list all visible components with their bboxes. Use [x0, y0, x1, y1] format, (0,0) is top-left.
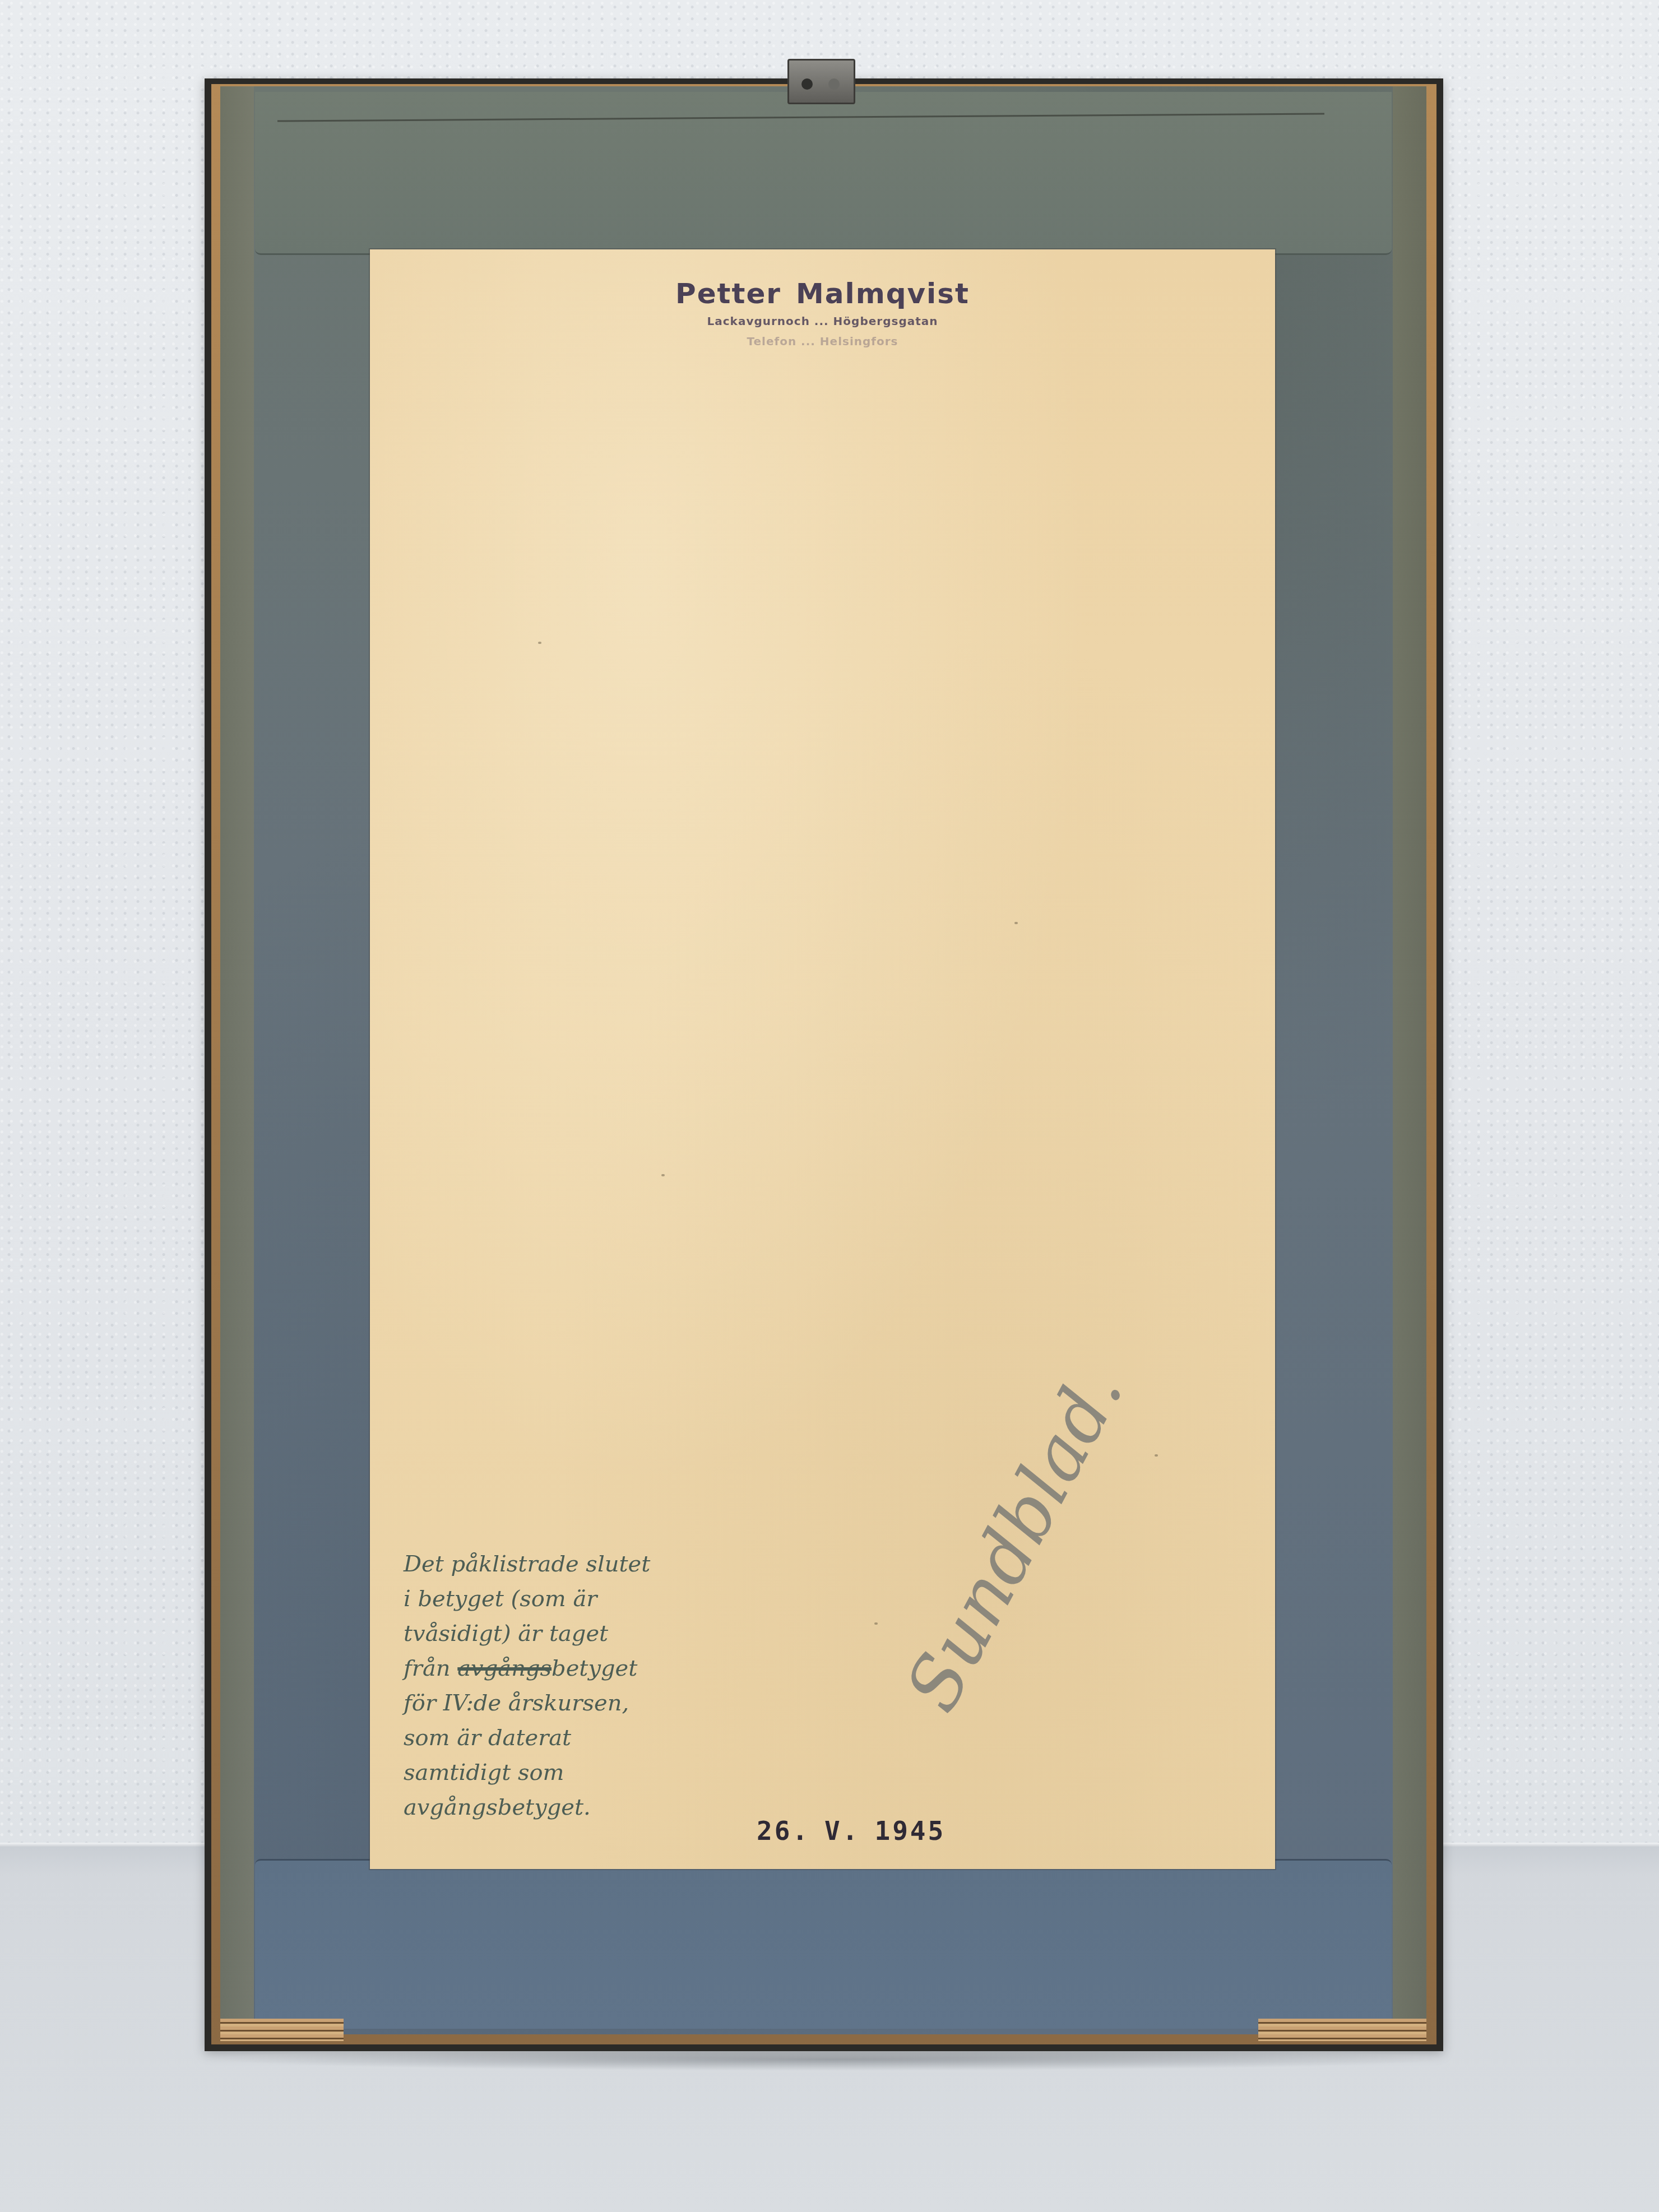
stamp-first-name: Petter — [675, 277, 781, 310]
stamp-city-line: Telefon ... Helsingfors — [370, 335, 1275, 348]
note-word: betyget — [552, 1655, 637, 1681]
stamp-last-name: Malmqvist — [796, 277, 970, 310]
date-stamp: 26.V.1945 — [757, 1816, 946, 1846]
stamp-name: PetterMalmqvist — [370, 277, 1275, 310]
document-back: PetterMalmqvist Lackavgurnoch ... Högber… — [370, 249, 1275, 1869]
rivet-icon — [828, 78, 840, 90]
note-line: Det påklistrade slutet — [404, 1547, 740, 1582]
exposed-wood-corner-bottom-left — [220, 2019, 344, 2041]
date-month: V. — [824, 1816, 860, 1846]
note-line: i betyget (som är — [404, 1582, 740, 1616]
framer-stamp: PetterMalmqvist Lackavgurnoch ... Högber… — [370, 277, 1275, 348]
note-line: samtidigt som — [404, 1755, 740, 1790]
hanger-bracket-icon — [787, 59, 855, 104]
exposed-wood-corner-bottom-right — [1258, 2019, 1426, 2041]
paper-speck — [874, 1622, 878, 1625]
note-word: från — [404, 1655, 451, 1681]
pencil-signature: Sundblad. — [889, 1355, 1139, 1724]
paper-speck — [1155, 1454, 1158, 1457]
struck-word: avgångs — [457, 1655, 552, 1681]
backing-fold-right — [1393, 86, 1426, 2034]
note-line-with-strikethrough: från avgångsbetyget — [404, 1651, 740, 1686]
backing-bottom-flap — [255, 1859, 1392, 2029]
frame-shadow — [213, 2048, 1446, 2071]
handwritten-note: Det påklistrade slutet i betyget (som är… — [404, 1547, 740, 1825]
backing-top-flap — [255, 92, 1392, 255]
paper-speck — [538, 642, 541, 644]
paper-speck — [661, 1174, 665, 1176]
note-line: för IV:de årskursen, — [404, 1686, 740, 1721]
date-day: 26. — [757, 1816, 810, 1846]
backing-fold-left — [220, 86, 254, 2034]
stamp-address-line: Lackavgurnoch ... Högbergsgatan — [370, 314, 1275, 328]
rivet-icon — [801, 78, 813, 90]
note-line: tvåsidigt) är taget — [404, 1616, 740, 1651]
date-year: 1945 — [874, 1816, 946, 1846]
paper-speck — [1014, 922, 1018, 924]
note-line: avgångsbetyget. — [404, 1790, 740, 1825]
note-line: som är daterat — [404, 1721, 740, 1755]
